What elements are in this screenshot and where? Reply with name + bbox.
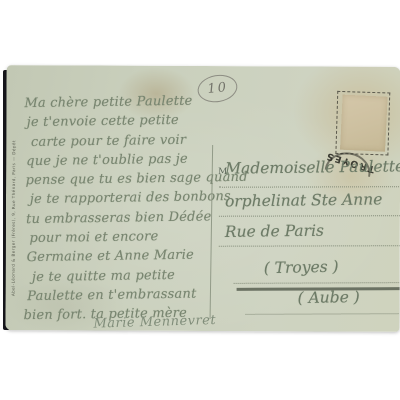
address-underline-5: [245, 313, 398, 315]
postcard-photo: Abel-Léonard & Berger (Frères), 9, Rue T…: [0, 0, 400, 400]
address-city: ( Troyes ): [264, 258, 339, 278]
message-line: Paulette en t'embrassant: [27, 284, 222, 306]
address-street: Rue de Paris: [225, 222, 324, 241]
publisher-imprint: Abel-Léonard & Berger (Frères), 9, Rue T…: [10, 100, 19, 332]
handwritten-message: Ma chère petite Paulette je t'envoie cet…: [24, 91, 222, 325]
address-institution: orphelinat Ste Anne: [225, 190, 383, 210]
address-underline-4: [234, 282, 400, 284]
message-line: je te rapporterai des bonbons: [30, 188, 221, 210]
address-recipient: Mademoiselle Paulette: [225, 157, 400, 177]
message-line: tu embrasseras bien Dédée: [26, 207, 221, 229]
address-underline-3: [219, 245, 400, 246]
address-underline-1: [219, 186, 400, 187]
message-line: Ma chère petite Paulette: [24, 91, 219, 113]
address-heavy-underline: [237, 287, 400, 290]
signature: Marie Mennevret: [93, 313, 216, 332]
postcard-back: Abel-Léonard & Berger (Frères), 9, Rue T…: [5, 65, 400, 332]
message-line: Germaine et Anne Marie: [27, 246, 222, 268]
address-department: ( Aube ): [297, 288, 359, 307]
stamp-residue: [340, 95, 388, 152]
address-underline-2: [219, 215, 400, 216]
